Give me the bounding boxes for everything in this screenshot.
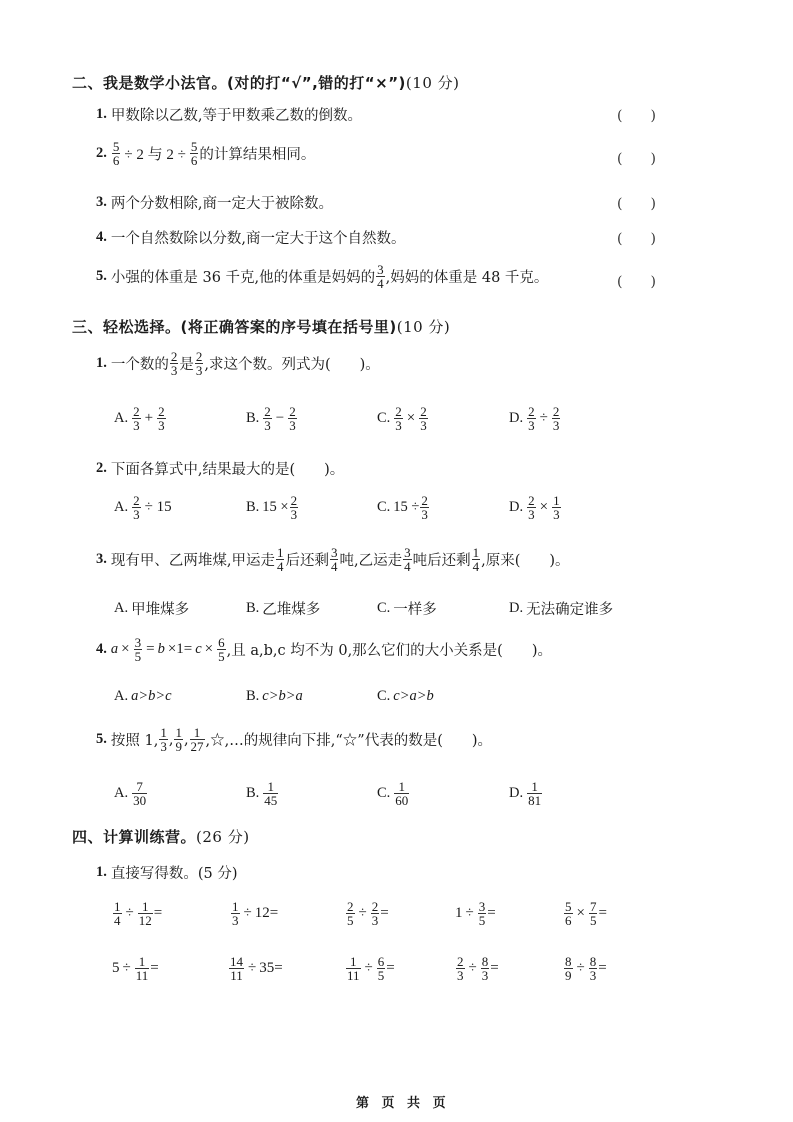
s3-q2-option-a[interactable]: A. 23 ÷ 15 (114, 494, 175, 521)
section-3-title: 三、轻松选择。(将正确答案的序号填在括号里)(10 分) (72, 316, 450, 337)
calc-r1-3[interactable]: 25 ÷ 23 = (345, 900, 389, 927)
item-number: 1. (96, 106, 107, 123)
section-2-heading: 二、我是数学小法官。(对的打“√”,错的打“×”) (72, 74, 406, 92)
s3-q2-option-b[interactable]: B. 15 × 23 (246, 494, 299, 521)
item-text: ,妈妈的体重是 48 千克。 (386, 266, 549, 287)
item-number: 4. (96, 229, 107, 246)
fraction: 23 (195, 350, 204, 377)
section-3-heading: 三、轻松选择。(将正确答案的序号填在括号里) (72, 318, 397, 336)
section-4-points: (26 分) (196, 828, 250, 846)
s2-item-1: 1. 甲数除以乙数,等于甲数乘乙数的倒数。 (96, 104, 362, 125)
question-text: 吨后还剩 (413, 549, 471, 570)
question-text: 一个数的 (111, 353, 169, 374)
fraction: 13 (159, 726, 168, 753)
calc-r2-1[interactable]: 5 ÷ 111 = (112, 955, 159, 982)
question-text: 直接写得数。(5 分) (111, 862, 238, 883)
fraction: 23 (170, 350, 179, 377)
s2-answer-2[interactable]: ( ) (617, 148, 656, 168)
fraction: 56 (190, 140, 199, 167)
item-number: 5. (96, 268, 107, 285)
fraction: 14 (276, 546, 285, 573)
fraction: 65 (217, 636, 226, 663)
item-number: 2. (96, 145, 107, 162)
question-text: 吨,乙运走 (339, 549, 402, 570)
s2-answer-5[interactable]: ( ) (617, 271, 656, 291)
s2-item-4: 4. 一个自然数除以分数,商一定大于这个自然数。 (96, 227, 405, 248)
s3-q3-option-a[interactable]: A.甲堆煤多 (114, 598, 189, 619)
item-text: 小强的体重是 36 千克,他的体重是妈妈的 (111, 266, 375, 287)
calc-r1-2[interactable]: 13 ÷ 12= (230, 900, 278, 927)
question-number: 1. (96, 355, 107, 372)
s3-q4-option-b[interactable]: B.c>b>a (246, 688, 303, 705)
calc-r1-5[interactable]: 56 × 75 = (563, 900, 607, 927)
question-text: ,原来( )。 (481, 549, 569, 570)
fraction: 127 (190, 726, 205, 753)
section-2-title: 二、我是数学小法官。(对的打“√”,错的打“×”)(10 分) (72, 72, 459, 93)
calc-r2-2[interactable]: 1411 ÷ 35= (228, 955, 283, 982)
expression: ÷ 2 与 2 ÷ (124, 143, 185, 164)
s3-q1-option-b[interactable]: B. 23 − 23 (246, 405, 298, 432)
question-text: ,☆,…的规律向下排,“☆”代表的数是( )。 (206, 729, 492, 750)
calc-r2-5[interactable]: 89 ÷ 83 = (563, 955, 607, 982)
s3-q3-option-b[interactable]: B.乙堆煤多 (246, 598, 320, 619)
s2-item-3: 3. 两个分数相除,商一定大于被除数。 (96, 192, 333, 213)
s3-q1-option-d[interactable]: D. 23 ÷ 23 (509, 405, 561, 432)
s3-q5-option-a[interactable]: A. 730 (114, 780, 148, 807)
calc-r2-3[interactable]: 111 ÷ 65 = (345, 955, 395, 982)
question-number: 3. (96, 551, 107, 568)
s2-item-2: 2. 56 ÷ 2 与 2 ÷ 56 的计算结果相同。 (96, 140, 315, 167)
fraction: 14 (472, 546, 481, 573)
s3-question-5: 5. 按照 1, 13, 19, 127 ,☆,…的规律向下排,“☆”代表的数是… (96, 726, 492, 753)
question-text: ,且 a,b,c 均不为 0,那么它们的大小关系是( )。 (227, 639, 552, 660)
item-text: 一个自然数除以分数,商一定大于这个自然数。 (111, 227, 406, 248)
item-text: 两个分数相除,商一定大于被除数。 (111, 192, 333, 213)
s3-q1-option-a[interactable]: A. 23 + 23 (114, 405, 167, 432)
item-number: 3. (96, 194, 107, 211)
calc-r2-4[interactable]: 23 ÷ 83 = (455, 955, 499, 982)
question-text: 按照 1, (111, 729, 158, 750)
fraction: 56 (112, 140, 121, 167)
question-number: 5. (96, 731, 107, 748)
s3-q4-option-a[interactable]: A.a>b>c (114, 688, 172, 705)
item-text: 甲数除以乙数,等于甲数乘乙数的倒数。 (111, 104, 362, 125)
s3-q3-option-d[interactable]: D.无法确定谁多 (509, 598, 613, 619)
question-number: 4. (96, 641, 107, 658)
question-text: 现有甲、乙两堆煤,甲运走 (111, 549, 275, 570)
fraction: 19 (174, 726, 183, 753)
s3-question-1: 1. 一个数的 23 是 23 ,求这个数。列式为( )。 (96, 350, 380, 377)
s3-question-3: 3. 现有甲、乙两堆煤,甲运走 14 后还剩 34 吨,乙运走 34 吨后还剩 … (96, 546, 570, 573)
fraction: 34 (403, 546, 412, 573)
s3-q5-option-b[interactable]: B. 145 (246, 780, 279, 807)
section-4-title: 四、计算训练营。(26 分) (72, 826, 250, 847)
question-number: 2. (96, 460, 107, 477)
s2-answer-1[interactable]: ( ) (617, 105, 656, 125)
question-text: 下面各算式中,结果最大的是( )。 (111, 458, 344, 479)
calc-r1-1[interactable]: 14 ÷ 112 = (112, 900, 162, 927)
question-number: 1. (96, 864, 107, 881)
section-4-heading: 四、计算训练营。 (72, 828, 196, 846)
question-text: 是 (179, 353, 194, 374)
fraction: 34 (330, 546, 339, 573)
item-text: 的计算结果相同。 (199, 143, 315, 164)
s3-question-4: 4. a × 35 = b ×1= c × 65 ,且 a,b,c 均不为 0,… (96, 636, 552, 663)
s2-item-5: 5. 小强的体重是 36 千克,他的体重是妈妈的 34 ,妈妈的体重是 48 千… (96, 263, 548, 290)
question-text: ,求这个数。列式为( )。 (204, 353, 379, 374)
fraction: 34 (376, 263, 385, 290)
s3-q2-option-d[interactable]: D. 23 × 13 (509, 494, 562, 521)
section-2-points: (10 分) (406, 74, 460, 92)
s3-q5-option-d[interactable]: D. 181 (509, 780, 543, 807)
s4-question-1: 1. 直接写得数。(5 分) (96, 862, 238, 883)
s3-q2-option-c[interactable]: C. 15 ÷ 23 (377, 494, 430, 521)
page-footer: 第 页 共 页 (356, 1092, 446, 1111)
s2-answer-3[interactable]: ( ) (617, 193, 656, 213)
s3-question-2: 2. 下面各算式中,结果最大的是( )。 (96, 458, 344, 479)
question-text: 后还剩 (285, 549, 329, 570)
s3-q3-option-c[interactable]: C.一样多 (377, 598, 437, 619)
s3-q5-option-c[interactable]: C. 160 (377, 780, 410, 807)
section-3-points: (10 分) (397, 318, 451, 336)
s2-answer-4[interactable]: ( ) (617, 228, 656, 248)
calc-r1-4[interactable]: 1 ÷ 35 = (455, 900, 496, 927)
fraction: 35 (134, 636, 143, 663)
s3-q4-option-c[interactable]: C.c>a>b (377, 688, 434, 705)
s3-q1-option-c[interactable]: C. 23 × 23 (377, 405, 429, 432)
